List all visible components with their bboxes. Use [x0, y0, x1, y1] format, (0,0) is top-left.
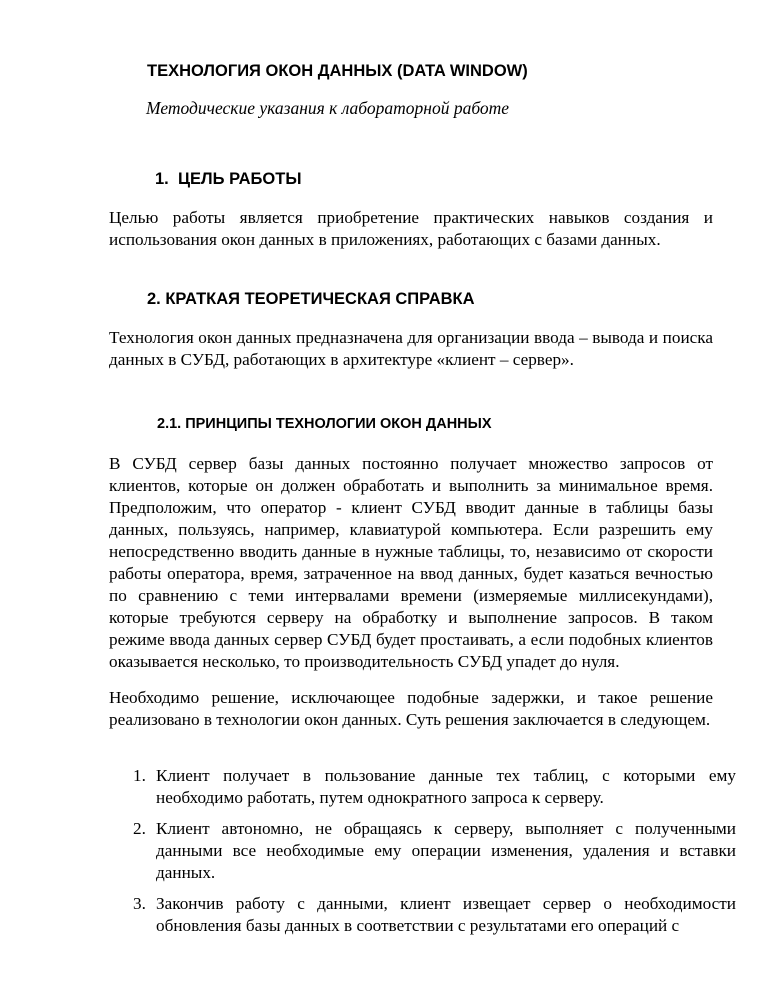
list-item-text: Клиент автономно, не обращаясь к серверу…	[156, 819, 736, 882]
list-item: 2. Клиент автономно, не обращаясь к серв…	[133, 818, 736, 884]
list-item-text: Клиент получает в пользование данные тех…	[156, 766, 736, 807]
list-item-number: 3.	[133, 893, 146, 915]
list-item-number: 2.	[133, 818, 146, 840]
list-item-number: 1.	[133, 765, 146, 787]
list-item: 1. Клиент получает в пользование данные …	[133, 765, 736, 809]
numbered-list: 1. Клиент получает в пользование данные …	[133, 0, 713, 994]
list-item-text: Закончив работу с данными, клиент извеща…	[156, 894, 736, 935]
document-page: ТЕХНОЛОГИЯ ОКОН ДАННЫХ (DATA WINDOW) Мет…	[0, 0, 768, 994]
list-item: 3. Закончив работу с данными, клиент изв…	[133, 893, 736, 937]
